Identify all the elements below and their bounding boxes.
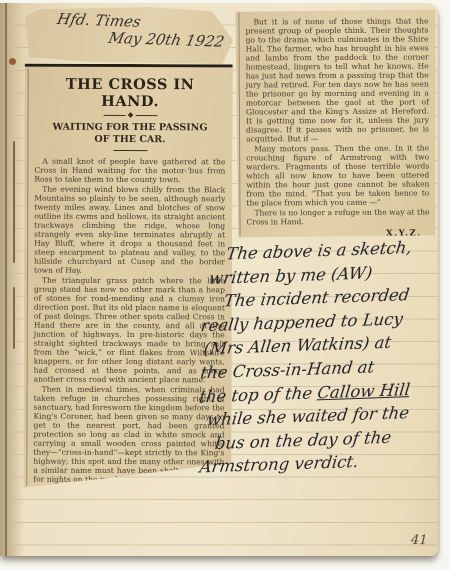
scrapbook-page: Hfd. Times May 20th 1922 THE CROSS IN HA…	[0, 3, 438, 556]
diamond-ornament	[127, 112, 133, 118]
stitch-thread	[13, 141, 15, 263]
article-paragraph: Many motors pass. Then the one. In it th…	[246, 144, 429, 208]
article-paragraph: There is no longer a refuge on the way a…	[246, 208, 429, 227]
divider-bar	[135, 115, 157, 116]
article-paragraph: The triangular grass patch where the lit…	[34, 276, 225, 385]
stitch-knot	[9, 58, 16, 65]
subhead-divider	[113, 150, 147, 151]
note-line-text: the top of the	[198, 383, 318, 406]
dateline-date: May 20th 1922	[107, 30, 235, 51]
newspaper-clipping-right: But it is of none of those things that t…	[235, 9, 436, 237]
underlined-phrase: Callow Hill	[316, 380, 411, 402]
date-scrap: Hfd. Times May 20th 1922	[25, 7, 233, 64]
article-paragraph: Then in medieval times, when criminals h…	[33, 385, 224, 485]
page-number: 41	[411, 533, 428, 549]
article-paragraph: But it is of none of those things that t…	[245, 17, 429, 144]
article-subheadline: WAITING FOR THE PASSING OF THE CAR.	[48, 122, 211, 146]
divider-bar	[103, 114, 125, 115]
headline-divider	[35, 113, 226, 118]
handwritten-note: The above is a sketch, written by me (AW…	[196, 235, 450, 480]
article-paragraph: A small knot of people have gathered at …	[34, 157, 225, 185]
handwritten-dateline: Hfd. Times May 20th 1922	[56, 11, 233, 51]
binding-edge	[0, 3, 24, 556]
stitch-thread	[13, 287, 15, 349]
article-headline: THE CROSS IN HAND.	[35, 76, 226, 111]
